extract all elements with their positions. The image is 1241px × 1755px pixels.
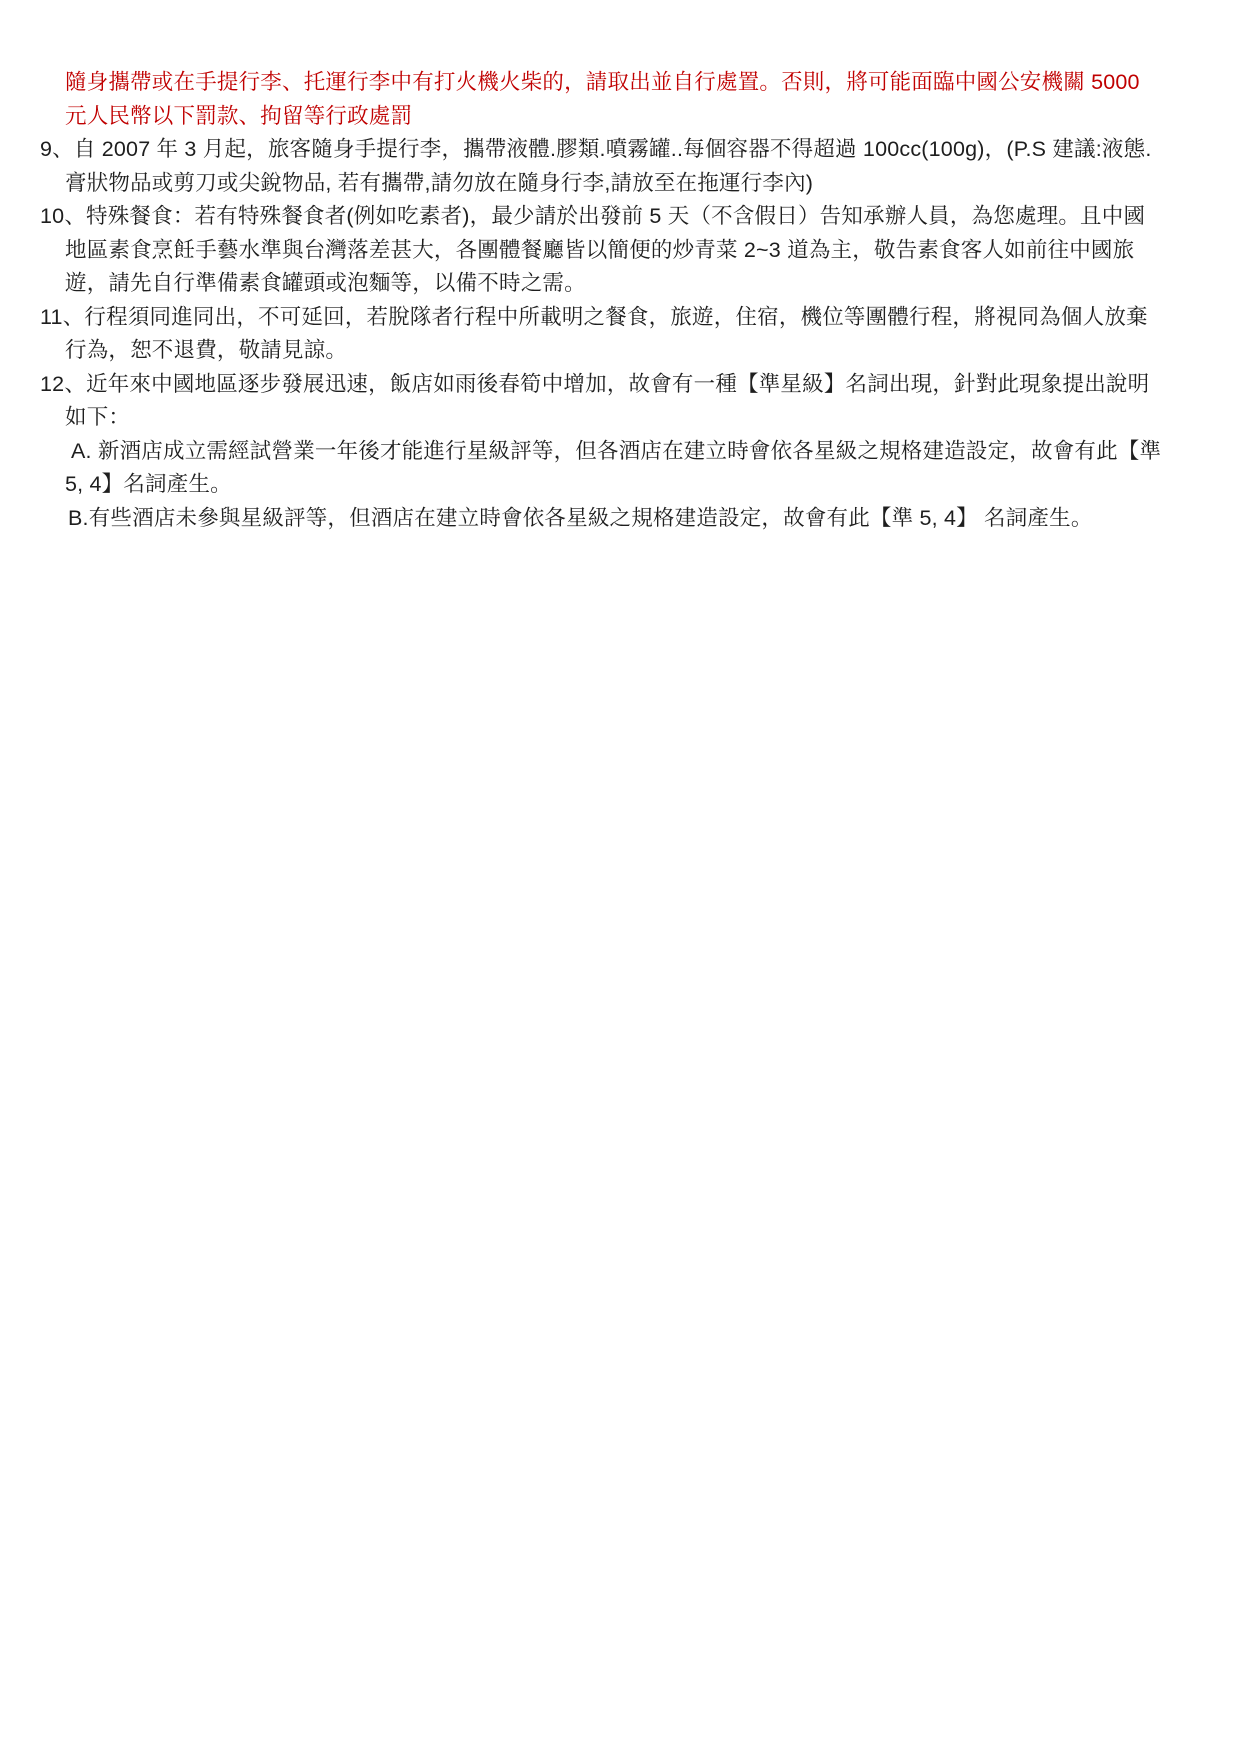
document-text-block: 隨身攜帶或在手提行李、托運行李中有打火機火柴的，請取出並自行處置。否則，將可能面… xyxy=(65,66,1165,535)
list-item-text: 自 2007 年 3 月起，旅客隨身手提行李，攜帶液體.膠類.噴霧罐..每個容器… xyxy=(65,137,1152,195)
list-item-text: 行程須同進同出，不可延回，若脫隊者行程中所載明之餐食，旅遊，住宿，機位等團體行程… xyxy=(65,305,1148,363)
list-item-11: 11、行程須同進同出，不可延回，若脫隊者行程中所載明之餐食，旅遊，住宿，機位等團… xyxy=(65,301,1165,368)
sub-item-b: B.有些酒店未參與星級評等，但酒店在建立時會依各星級之規格建造設定，故會有此【準… xyxy=(65,502,1165,536)
red-warning-paragraph: 隨身攜帶或在手提行李、托運行李中有打火機火柴的，請取出並自行處置。否則，將可能面… xyxy=(65,66,1165,133)
list-item-number: 10、 xyxy=(40,204,86,228)
list-item-text: 特殊餐食：若有特殊餐食者(例如吃素者)，最少請於出發前 5 天（不含假日）告知承… xyxy=(65,204,1145,295)
list-item-number: 9、 xyxy=(40,137,74,161)
document-page: 隨身攜帶或在手提行李、托運行李中有打火機火柴的，請取出並自行處置。否則，將可能面… xyxy=(0,0,1241,1755)
sub-item-a: A. 新酒店成立需經試營業一年後才能進行星級評等，但各酒店在建立時會依各星級之規… xyxy=(65,435,1165,502)
list-item-text: 近年來中國地區逐步發展迅速，飯店如雨後春筍中增加，故會有一種【準星級】名詞出現，… xyxy=(65,372,1149,430)
list-item-number: 12、 xyxy=(40,372,86,396)
list-item-number: 11、 xyxy=(40,305,84,329)
list-item-9: 9、自 2007 年 3 月起，旅客隨身手提行李，攜帶液體.膠類.噴霧罐..每個… xyxy=(65,133,1165,200)
list-item-12: 12、近年來中國地區逐步發展迅速，飯店如雨後春筍中增加，故會有一種【準星級】名詞… xyxy=(65,368,1165,435)
list-item-10: 10、特殊餐食：若有特殊餐食者(例如吃素者)，最少請於出發前 5 天（不含假日）… xyxy=(65,200,1165,301)
